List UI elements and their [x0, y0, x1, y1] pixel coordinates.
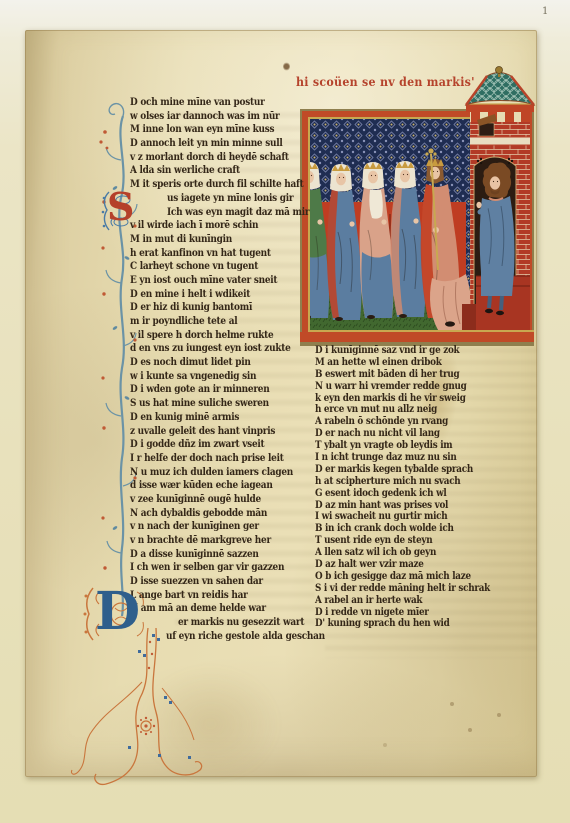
text-line: D i kunīginnē saz vnd ir ge zok [315, 345, 490, 357]
text-line: m ir poyndliche tete al [130, 315, 320, 329]
text-line: G esent idoch gedenk ich wl [315, 488, 490, 500]
initial-d-letter: D [95, 581, 140, 642]
text-line: N am mā an deme helde war [130, 602, 320, 616]
text-line: M inne lon wan eyn mīne kuss [130, 123, 320, 137]
eaves [466, 104, 534, 112]
speckle [497, 713, 501, 717]
text-line: D a disse kunīginnē sazzen [130, 548, 320, 562]
text-line: v il spere h dorch helme rukte [130, 329, 320, 343]
text-line: d en vns zu iungest eyn iost zukte [130, 342, 320, 356]
text-line: N ach dybaldis gebodde mān [130, 507, 320, 521]
text-line: Ich was eyn magit daz mā mir [167, 206, 325, 220]
text-line: I n icht trunge daz muz nu sin [315, 452, 490, 464]
text-line: v z morlant dorch di heydē schaft [130, 151, 320, 165]
initial-s-letter: S [107, 184, 134, 229]
folio-number: 1 [542, 6, 548, 17]
text-line: T usent ride eyn de steyn [315, 535, 490, 547]
right-text-column: D i kunīginnē saz vnd ir ge zokM an hett… [315, 345, 514, 630]
text-line: A llen satz wil ich ob geyn [315, 547, 490, 559]
text-line: d isse wær kūden eche iagean [130, 479, 320, 493]
ink-stain [283, 62, 290, 71]
text-line: D az min hant was prises vol [315, 500, 490, 512]
roof-finial [496, 67, 503, 74]
text-line: D och mine mīne van postur [130, 96, 320, 110]
text-line: D er markis kegen tybalde sprach [315, 464, 490, 476]
text-line: D az halt wer vzir maze [315, 559, 490, 571]
text-line: D' kuning sprach du hen wid [315, 618, 490, 630]
text-line: h erat kanfinon vn hat tugent [130, 247, 320, 261]
text-line: w olses iar dannoch was im nūr [130, 110, 320, 124]
text-line: v n nach der kunīginen ger [130, 520, 320, 534]
text-line: I ch wen ir selben gar vir gazzen [130, 561, 320, 575]
text-line: A lda sin werliche craft [130, 164, 320, 178]
tower-roof [466, 73, 534, 106]
text-line: M it speris orte durch fil schilte haft [130, 178, 320, 192]
text-line: B eswert mit bāden di her trug [315, 369, 490, 381]
text-line: D er nach nu nicht vil lang [315, 428, 490, 440]
text-line: I wi swacheit nu gurtir mich [315, 511, 490, 523]
manuscript-leaf: hi scoüen se nv den markis' [25, 30, 537, 777]
text-line: us iagete yn mīne lonis gir [167, 192, 325, 206]
speckle [383, 743, 387, 747]
text-line: N u muz ich dulden iamers clagen [130, 466, 320, 480]
text-line: er markis nu gesezzit wart [178, 616, 327, 630]
text-line: S us hat mine suliche sweren [130, 397, 320, 411]
text-line: N u warr hi vremder redde gnug [315, 381, 490, 393]
text-line: D en mine i helt i wdikeit [130, 288, 320, 302]
text-line: v zee kunīginnē ougē hulde [130, 493, 320, 507]
text-line: E yn iost ouch mīne vater sneit [130, 274, 320, 288]
cornice [470, 137, 530, 145]
text-line: A rabel an ir herte wak [315, 595, 490, 607]
text-line: S i vi der redde māning helt ir schrak [315, 583, 490, 595]
speckle [468, 728, 472, 732]
text-line: D es noch dimut lidet pin [130, 356, 320, 370]
text-line: A rabeln ō schōnde yn rvang [315, 416, 490, 428]
text-line: z uvalle geleit des hant vinpris [130, 425, 320, 439]
photo-background: 1 hi scoüen se nv den markis' [0, 0, 570, 823]
initial-s: S [107, 188, 134, 226]
text-line: M in mut di kunīngin [130, 233, 320, 247]
text-line: D annoch leit yn min minne sull [130, 137, 320, 151]
text-line: D i wden gote an ir minneren [130, 383, 320, 397]
text-line: B in ich crank doch wolde ich [315, 523, 490, 535]
speckle [450, 702, 454, 706]
text-line: D en kunig minē armis [130, 411, 320, 425]
text-line: D i redde vn nigete mīer [315, 607, 490, 619]
text-line: h erce vn mut nu allz neig [315, 404, 490, 416]
penwork-cascade [70, 628, 230, 798]
text-line: C larheyt schone vn tugent [130, 260, 320, 274]
text-line: D i godde dñz im zwart vseit [130, 438, 320, 452]
text-line: v n brachte dē markgreve her [130, 534, 320, 548]
text-line: uf eyn riche gestole alda geschan [166, 630, 325, 644]
text-line: w i kunte sa vngenedig sin [130, 370, 320, 384]
text-line: M an hette wl einen dribok [315, 357, 490, 369]
text-line: v il wirde iach ī morē schin [130, 219, 320, 233]
text-line: h at scipherture mich nu svach [315, 476, 490, 488]
initial-d: D [95, 586, 140, 638]
text-line: O b ich gesigge daz mā mich laze [315, 571, 490, 583]
text-line: k eyn den markis di he vir sweig [315, 393, 490, 405]
text-line: D er hiz di kunig bantomī [130, 301, 320, 315]
text-line: I r helfe der doch nach prise leit [130, 452, 320, 466]
text-line: D isse suezzen vn sahen dar [130, 575, 320, 589]
dark-object [445, 321, 455, 326]
text-line: L ange bart vn reidis har [130, 589, 320, 603]
text-line: T ybalt yn vragte ob leydis im [315, 440, 490, 452]
